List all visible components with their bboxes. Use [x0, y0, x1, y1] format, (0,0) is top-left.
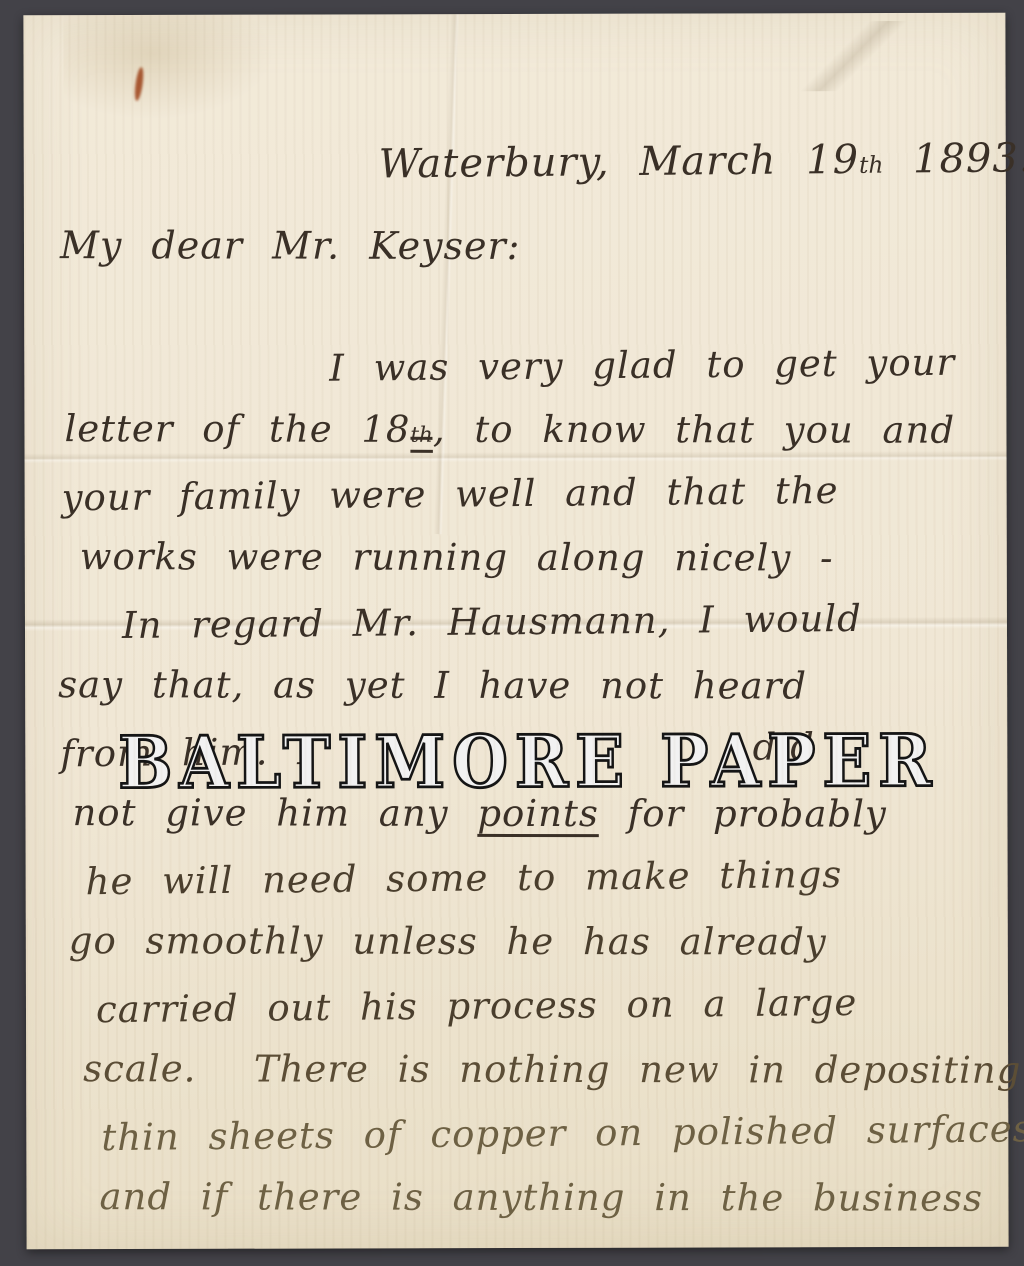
baltimore-paper-watermark: BALTIMORE PAPER [123, 714, 933, 810]
letter-body: Waterbury, March 19th 1893.My dear Mr. K… [53, 13, 982, 1249]
handwriting-text: , to know that you and [433, 398, 955, 463]
handwriting-text: I was very glad to get your [329, 331, 955, 401]
handwriting-text: your family were well and that the [61, 459, 838, 530]
underlined-word: th [410, 436, 432, 440]
body-line-5: In regard Mr. Hausmann, I would [122, 586, 982, 658]
body-line-10: go smoothly unless he has already [69, 909, 982, 975]
date-line: Waterbury, March 19th 1893. [378, 127, 980, 197]
body-line-12: scale. There is nothing new in depositin… [83, 1037, 982, 1103]
body-line-11: carried out his process on a large [96, 970, 983, 1043]
handwriting-text: Waterbury, March 19 [378, 128, 859, 197]
photo-mat: Waterbury, March 19th 1893.My dear Mr. K… [0, 0, 1024, 1266]
body-line-2: letter of the 18th, to know that you and [64, 397, 980, 463]
salutation: My dear Mr. Keyser: [60, 213, 980, 279]
letter-page: Waterbury, March 19th 1893.My dear Mr. K… [23, 13, 1008, 1250]
handwriting-text: go smoothly unless he has already [69, 909, 827, 974]
body-line-14: and if there is anything in the business [99, 1165, 982, 1231]
body-line-13: thin sheets of copper on polished surfac… [101, 1098, 983, 1170]
handwriting-text: say that, as yet I have not heard [58, 653, 807, 718]
handwriting-text: 1893. [883, 126, 1024, 191]
handwriting-text: works were running along nicely - [80, 525, 834, 590]
body-line-3: your family were well and that the [61, 458, 981, 531]
handwriting-text: In regard Mr. Hausmann, I would [122, 587, 862, 658]
handwriting-text: My dear Mr. Keyser: [60, 213, 521, 278]
handwriting-text: letter of the 18 [64, 397, 410, 462]
handwriting-text: thin sheets of copper on polished surfac… [101, 1097, 1024, 1170]
handwriting-text: carried out his process on a large [96, 971, 858, 1042]
handwriting-text: he will need some to make things [85, 843, 842, 914]
body-line-6: say that, as yet I have not heard [58, 653, 981, 719]
body-line-4: works were running along nicely - [80, 525, 981, 591]
body-line-9: he will need some to make things [85, 842, 982, 915]
handwriting-text: and if there is anything in the business [99, 1165, 983, 1231]
handwriting-text: scale. There is nothing new in depositin… [83, 1037, 1021, 1103]
body-line-1: I was very glad to get your [329, 331, 981, 401]
